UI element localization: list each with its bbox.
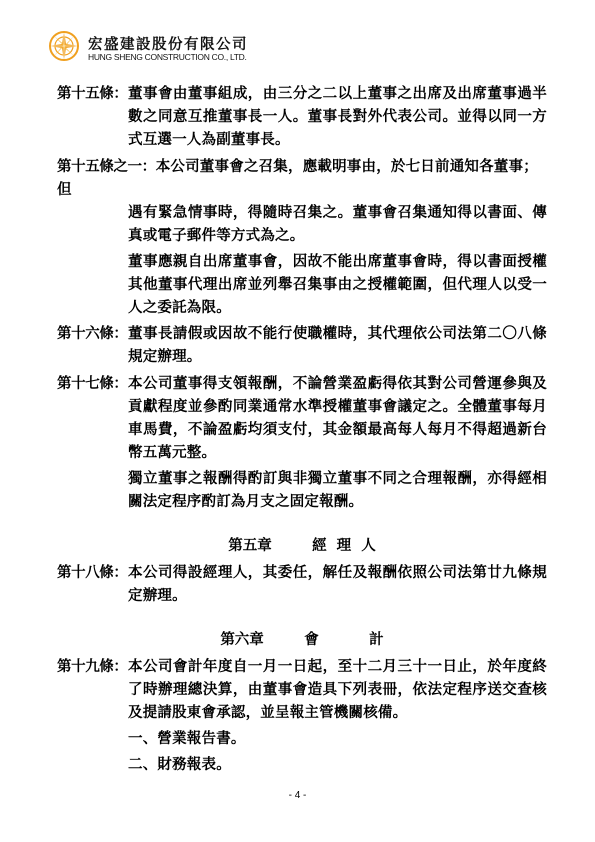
article-label: 第十五條之一： <box>57 159 156 175</box>
article-paragraph: 董事應親自出席董事會，因故不能出席董事會時，得以書面授權其他董事代理出席並列舉召… <box>128 251 547 320</box>
document-body: 第十五條： 董事會由董事組成，由三分之二以上董事之出席及出席董事過半數之同意互推… <box>57 83 547 781</box>
article-paragraph: 獨立董事之報酬得酌訂與非獨立董事不同之合理報酬，亦得經相關法定程序酌訂為月支之固… <box>128 468 547 514</box>
article-label: 第十七條： <box>57 373 128 517</box>
article-label: 第十八條： <box>57 562 128 611</box>
list-item: 二、財務報表。 <box>128 754 547 777</box>
compass-rose-logo-icon <box>48 30 80 62</box>
article-18: 第十八條： 本公司得設經理人，其委任，解任及報酬依照公司法第廿九條規定辦理。 <box>57 562 547 611</box>
list-item: 一、營業報告書。 <box>128 728 547 751</box>
article-paragraph: 董事長請假或因故不能行使職權時，其代理依公司法第二〇八條規定辦理。 <box>128 323 547 369</box>
company-name-chinese: 宏盛建設股份有限公司 <box>88 33 248 54</box>
article-16: 第十六條： 董事長請假或因故不能行使職權時，其代理依公司法第二〇八條規定辦理。 <box>57 323 547 372</box>
article-paragraph: 本公司會計年度自一月一日起，至十二月三十一日止，於年度終了時辦理總決算，由董事會… <box>128 656 547 725</box>
article-17: 第十七條： 本公司董事得支領報酬，不論營業盈虧得依其對公司營運參與及貢獻程度並參… <box>57 373 547 517</box>
article-15: 第十五條： 董事會由董事組成，由三分之二以上董事之出席及出席董事過半數之同意互推… <box>57 83 547 155</box>
article-label: 第十五條： <box>57 83 128 155</box>
company-name-english: HUNG SHENG CONSTRUCTION CO., LTD. <box>88 52 247 62</box>
chapter-5-heading: 第五章 經 理 人 <box>57 535 547 558</box>
article-paragraph: 本公司董事得支領報酬，不論營業盈虧得依其對公司營運參與及貢獻程度並參酌同業通常水… <box>128 373 547 465</box>
article-label: 第十九條： <box>57 656 128 780</box>
article-label: 第十六條： <box>57 323 128 372</box>
chapter-6-heading: 第六章 會 計 <box>57 629 547 652</box>
article-paragraph: 遇有緊急情事時，得隨時召集之。董事會召集通知得以書面、傳真或電子郵件等方式為之。 <box>128 202 547 248</box>
page-number: - 4 - <box>0 790 595 801</box>
article-paragraph: 董事會由董事組成，由三分之二以上董事之出席及出席董事過半數之同意互推董事長一人。… <box>128 83 547 152</box>
article-19: 第十九條： 本公司會計年度自一月一日起，至十二月三十一日止，於年度終了時辦理總決… <box>57 656 547 780</box>
article-paragraph: 本公司得設經理人，其委任，解任及報酬依照公司法第廿九條規定辦理。 <box>128 562 547 608</box>
article-15-1: 第十五條之一：本公司董事會之召集，應載明事由，於七日前通知各董事；但 遇有緊急情… <box>57 156 547 320</box>
